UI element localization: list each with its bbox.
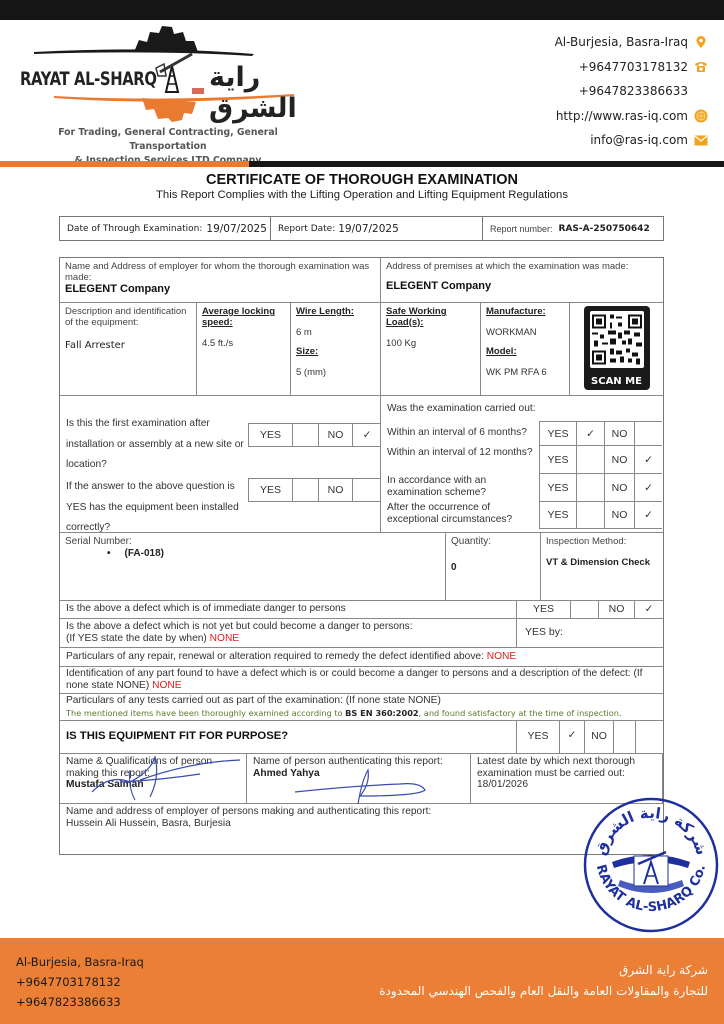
carried-out-yes-no: YESNO✓ bbox=[539, 501, 662, 529]
contact-email[interactable]: info@ras-iq.com bbox=[555, 128, 708, 153]
premises-value: ELEGENT Company bbox=[386, 280, 658, 292]
immediate-danger-no-box[interactable]: ✓ bbox=[635, 601, 663, 618]
installed-no-box[interactable] bbox=[353, 479, 381, 501]
checkmark-icon: ✓ bbox=[568, 729, 577, 741]
contact-phone-1[interactable]: +9647703178132 bbox=[555, 55, 708, 80]
certificate-title: CERTIFICATE OF THOROUGH EXAMINATION bbox=[0, 172, 724, 188]
next-exam-value: 18/01/2026 bbox=[477, 779, 656, 791]
swl-cell: Safe Working Load(s): 100 Kg bbox=[381, 303, 481, 395]
carried-out-no-box[interactable]: ✓ bbox=[635, 474, 662, 501]
part-defect-cell: Identification of any part found to have… bbox=[60, 667, 663, 693]
certificate-subtitle: This Report Complies with the Lifting Op… bbox=[0, 189, 724, 201]
model-value: WK PM RFA 6 bbox=[486, 367, 564, 378]
report-number-cell: Report number: RAS-A-250750642 bbox=[483, 217, 663, 240]
manufacture-value: WORKMAN bbox=[486, 327, 564, 338]
serial-cell: Serial Number: •(FA-018) bbox=[60, 533, 446, 600]
qr-code-pattern-icon bbox=[590, 311, 644, 368]
svg-text:شركة راية الشرق: شركة راية الشرق bbox=[591, 804, 711, 858]
fit-question: IS THIS EQUIPMENT FIT FOR PURPOSE? bbox=[60, 721, 517, 753]
employer-persons-cell: Name and address of employer of persons … bbox=[60, 804, 663, 854]
scan-me-label: SCAN ME bbox=[584, 376, 650, 387]
manufacture-model-cell: Manufacture: WORKMAN Model: WK PM RFA 6 bbox=[481, 303, 570, 395]
employer-persons-value: Hussein Ali Hussein, Basra, Burjesia bbox=[66, 818, 657, 830]
installation-questions-cell: Is this the first examination after inst… bbox=[60, 396, 381, 532]
carried-out-yes-no: YES✓NO bbox=[539, 421, 662, 446]
fit-for-purpose-row: IS THIS EQUIPMENT FIT FOR PURPOSE? YES ✓… bbox=[60, 721, 663, 754]
questions-row: Is this the first examination after inst… bbox=[60, 396, 663, 533]
yes-by-cell[interactable]: YES by: bbox=[517, 619, 663, 647]
checkmark-icon: ✓ bbox=[363, 429, 372, 441]
exam-date-cell: Date of Through Examination: 19/07/2025 bbox=[60, 217, 271, 240]
company-logo: RAYAT AL-SHARQ راية الشرق bbox=[14, 24, 314, 124]
maker-signature-icon bbox=[80, 752, 250, 802]
header-divider-dark bbox=[249, 161, 724, 167]
contact-info: Al-Burjesia, Basra-Iraq +9647703178132 +… bbox=[555, 30, 708, 153]
bullet-icon: • bbox=[107, 548, 111, 559]
header-divider-orange bbox=[0, 161, 249, 167]
logo-text-en: RAYAT AL-SHARQ bbox=[20, 68, 157, 90]
carried-out-cell: Was the examination carried out: Within … bbox=[381, 396, 663, 532]
examination-form: Name and Address of employer for whom th… bbox=[59, 257, 664, 855]
future-danger-row: Is the above a defect which is not yet b… bbox=[60, 619, 663, 648]
logo-text-ar: راية الشرق bbox=[209, 62, 314, 124]
future-danger-value: NONE bbox=[210, 633, 239, 644]
tests-cell: Particulars of any tests carried out as … bbox=[60, 694, 663, 720]
envelope-icon bbox=[694, 133, 708, 147]
contact-website[interactable]: http://www.ras-iq.com bbox=[555, 104, 708, 129]
locking-speed-value: 4.5 ft./s bbox=[202, 338, 285, 349]
immediate-danger-yes-box[interactable] bbox=[571, 601, 599, 618]
contact-address: Al-Burjesia, Basra-Iraq bbox=[555, 30, 708, 55]
checkmark-icon: ✓ bbox=[645, 603, 654, 615]
first-exam-yes-box[interactable] bbox=[293, 424, 319, 446]
signatures-row: Name & Qualifications of person making t… bbox=[60, 754, 663, 804]
contact-phone-2[interactable]: +9647823386633 bbox=[555, 79, 708, 104]
installed-yes-box[interactable] bbox=[293, 479, 319, 501]
location-pin-icon bbox=[694, 35, 708, 49]
repair-value: NONE bbox=[487, 651, 516, 662]
serial-value: •(FA-018) bbox=[107, 548, 440, 559]
dates-box: Date of Through Examination: 19/07/2025 … bbox=[59, 216, 664, 241]
locking-speed-cell: Average locking speed: 4.5 ft./s bbox=[197, 303, 291, 395]
carried-out-label: Was the examination carried out: bbox=[387, 403, 536, 414]
first-exam-yes-no: YES NO ✓ bbox=[248, 423, 381, 447]
repair-row: Particulars of any repair, renewal or al… bbox=[60, 648, 663, 667]
carried-out-yes-box[interactable] bbox=[577, 501, 605, 528]
immediate-danger-row: Is the above a defect which is of immedi… bbox=[60, 601, 663, 619]
employer-cell: Name and Address of employer for whom th… bbox=[60, 258, 381, 302]
report-date-cell: Report Date: 19/07/2025 bbox=[271, 217, 483, 240]
top-bar bbox=[0, 0, 724, 20]
wire-length-value: 6 m bbox=[296, 327, 375, 338]
employer-persons-row: Name and address of employer of persons … bbox=[60, 804, 663, 854]
carried-out-yes-no: YESNO✓ bbox=[539, 474, 662, 502]
wire-size-cell: Wire Length: 6 m Size: 5 (mm) bbox=[291, 303, 381, 395]
equipment-row: Description and identification of the eq… bbox=[60, 303, 663, 396]
premises-cell: Address of premises at which the examina… bbox=[381, 258, 663, 302]
footer-contacts: Al-Burjesia, Basra-Iraq +9647703178132 +… bbox=[16, 952, 144, 1012]
telephone-icon bbox=[694, 60, 708, 74]
tests-row: Particulars of any tests carried out as … bbox=[60, 694, 663, 721]
exam-date-value: 19/07/2025 bbox=[206, 223, 267, 235]
carried-out-no-box[interactable]: ✓ bbox=[635, 501, 662, 528]
employer-row: Name and Address of employer for whom th… bbox=[60, 258, 663, 303]
employer-value: ELEGENT Company bbox=[65, 283, 375, 295]
report-date-value: 19/07/2025 bbox=[338, 223, 399, 235]
quantity-value: 0 bbox=[451, 562, 535, 573]
carried-out-question: Within an interval of 12 months? bbox=[387, 447, 537, 459]
description-cell: Description and identification of the eq… bbox=[60, 303, 197, 395]
inspection-method-value: VT & Dimension Check bbox=[546, 557, 658, 568]
authenticator-signature-icon bbox=[290, 760, 450, 806]
swl-value: 100 Kg bbox=[386, 338, 475, 349]
inspection-method-cell: Inspection Method: VT & Dimension Check bbox=[541, 533, 663, 600]
first-exam-question: Is this the first examination after inst… bbox=[66, 414, 246, 476]
carried-out-yes-box[interactable] bbox=[577, 474, 605, 501]
carried-out-question: Within an interval of 6 months? bbox=[387, 427, 537, 439]
tests-note: The mentioned items have been thoroughly… bbox=[66, 707, 657, 719]
installed-correctly-yes-no: YES NO bbox=[248, 478, 381, 502]
globe-icon bbox=[694, 109, 708, 123]
footer-arabic-company: شركة راية الشرق للتجارة والمقاولات العام… bbox=[379, 960, 708, 1002]
qr-cell: SCAN ME bbox=[570, 303, 663, 395]
stamp-seal-icon: شركة راية الشرق RAYAT AL-SHARQ Co. bbox=[582, 796, 720, 934]
repair-cell: Particulars of any repair, renewal or al… bbox=[60, 648, 663, 666]
description-value: Fall Arrester bbox=[65, 340, 191, 351]
qr-code[interactable]: SCAN ME bbox=[584, 306, 650, 390]
carried-out-question: After the occurrence of exceptional circ… bbox=[387, 502, 537, 525]
part-defect-value: NONE bbox=[152, 680, 181, 691]
fit-yes-box[interactable]: ✓ bbox=[560, 721, 585, 753]
installed-correctly-question: If the answer to the above question is Y… bbox=[66, 477, 246, 539]
size-value: 5 (mm) bbox=[296, 367, 375, 378]
first-exam-no-box[interactable]: ✓ bbox=[353, 424, 381, 446]
part-defect-row: Identification of any part found to have… bbox=[60, 667, 663, 694]
fit-no-box[interactable] bbox=[614, 721, 636, 753]
company-stamp: شركة راية الشرق RAYAT AL-SHARQ Co. bbox=[582, 796, 720, 934]
future-danger-cell: Is the above a defect which is not yet b… bbox=[60, 619, 517, 647]
carried-out-question: In accordance with an examination scheme… bbox=[387, 475, 537, 498]
immediate-danger-question: Is the above a defect which is of immedi… bbox=[60, 601, 517, 618]
carried-out-yes-no: YESNO✓ bbox=[539, 446, 662, 474]
serial-row: Serial Number: •(FA-018) Quantity: 0 Ins… bbox=[60, 533, 663, 601]
quantity-cell: Quantity: 0 bbox=[446, 533, 541, 600]
carried-out-yes-box[interactable]: ✓ bbox=[577, 422, 605, 445]
carried-out-no-box[interactable]: ✓ bbox=[635, 446, 662, 473]
carried-out-yes-box[interactable] bbox=[577, 446, 605, 473]
report-number-value: RAS-A-250750642 bbox=[559, 224, 650, 234]
carried-out-no-box[interactable] bbox=[635, 422, 662, 445]
footer: Al-Burjesia, Basra-Iraq +9647703178132 +… bbox=[0, 938, 724, 1024]
